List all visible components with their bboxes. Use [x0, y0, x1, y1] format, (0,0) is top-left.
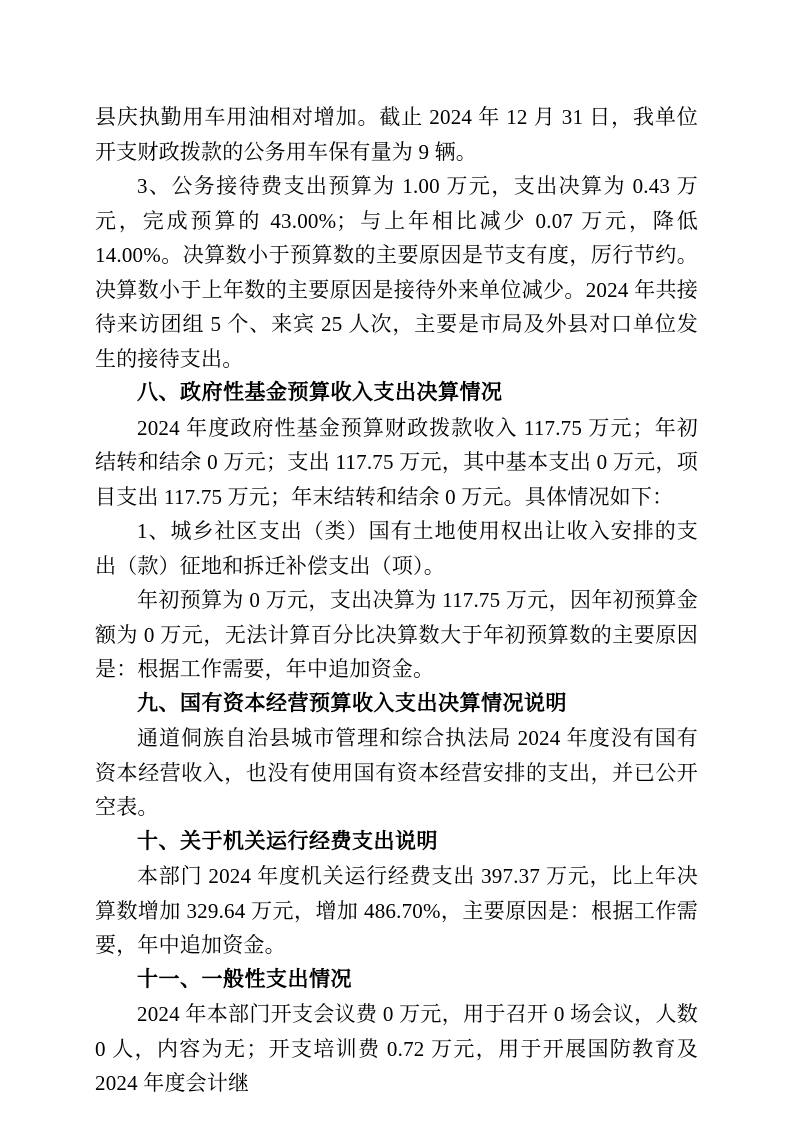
paragraph-govfund-item1: 1、城乡社区支出（类）国有土地使用权出让收入安排的支出（款）征地和拆迁补偿支出（… [95, 514, 698, 583]
paragraph-govfund-item1-detail: 年初预算为 0 万元，支出决算为 117.75 万元，因年初预算金额为 0 万元… [95, 583, 698, 687]
paragraph-general-expense: 2024 年本部门开支会议费 0 万元，用于召开 0 场会议，人数 0 人，内容… [95, 997, 698, 1101]
heading-section-10-operating: 十、关于机关运行经费支出说明 [95, 825, 698, 860]
document-page: 县庆执勤用车用油相对增加。截止 2024 年 12 月 31 日，我单位开支财政… [0, 0, 793, 1122]
heading-section-8-govfund: 八、政府性基金预算收入支出决算情况 [95, 376, 698, 411]
paragraph-govfund-overview: 2024 年度政府性基金预算财政拨款收入 117.75 万元；年初结转和结余 0… [95, 411, 698, 515]
heading-section-9-state-capital: 九、国有资本经营预算收入支出决算情况说明 [95, 687, 698, 722]
paragraph-operating-expense: 本部门 2024 年度机关运行经费支出 397.37 万元，比上年决算数增加 3… [95, 859, 698, 963]
paragraph-official-reception: 3、公务接待费支出预算为 1.00 万元，支出决算为 0.43 万元，完成预算的… [95, 169, 698, 376]
paragraph-state-capital: 通道侗族自治县城市管理和综合执法局 2024 年度没有国有资本经营收入，也没有使… [95, 721, 698, 825]
heading-section-11-general: 十一、一般性支出情况 [95, 963, 698, 998]
paragraph-vehicle-continued: 县庆执勤用车用油相对增加。截止 2024 年 12 月 31 日，我单位开支财政… [95, 100, 698, 169]
document-content: 县庆执勤用车用油相对增加。截止 2024 年 12 月 31 日，我单位开支财政… [95, 100, 698, 1101]
